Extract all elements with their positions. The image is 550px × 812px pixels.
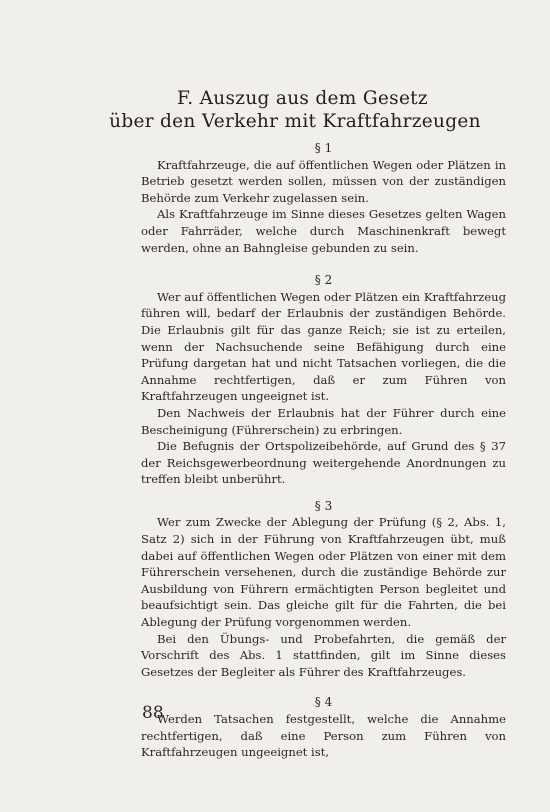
document-page: F. Auszug aus dem Gesetz über den Verkeh… bbox=[0, 0, 550, 812]
paragraph: Werden Tatsachen festgestellt, welche di… bbox=[141, 711, 506, 761]
section-heading-2: § 2 bbox=[141, 272, 506, 289]
paragraph: Als Kraftfahrzeuge im Sinne dieses Geset… bbox=[141, 206, 506, 256]
section-heading-4: § 4 bbox=[141, 694, 506, 711]
title-line-1: F. Auszug aus dem Gesetz bbox=[55, 87, 550, 110]
paragraph: Wer zum Zwecke der Ablegung der Prüfung … bbox=[141, 514, 506, 630]
section-heading-3: § 3 bbox=[141, 498, 506, 515]
paragraph: Bei den Übungs- und Probefahrten, die ge… bbox=[141, 631, 506, 681]
paragraph: Wer auf öffentlichen Wegen oder Plätzen … bbox=[141, 289, 506, 405]
paragraph: Die Befugnis der Ortspolizeibehörde, auf… bbox=[141, 438, 506, 488]
paragraph: Den Nachweis der Erlaubnis hat der Führe… bbox=[141, 405, 506, 438]
page-number: 88 bbox=[142, 703, 164, 723]
document-body: § 1 Kraftfahrzeuge, die auf öffentlichen… bbox=[141, 140, 506, 761]
title-line-2: über den Verkehr mit Kraftfahrzeugen bbox=[40, 110, 550, 133]
section-heading-1: § 1 bbox=[141, 140, 506, 157]
paragraph: Kraftfahrzeuge, die auf öffentlichen Weg… bbox=[141, 157, 506, 207]
page-title: F. Auszug aus dem Gesetz über den Verkeh… bbox=[0, 87, 550, 133]
